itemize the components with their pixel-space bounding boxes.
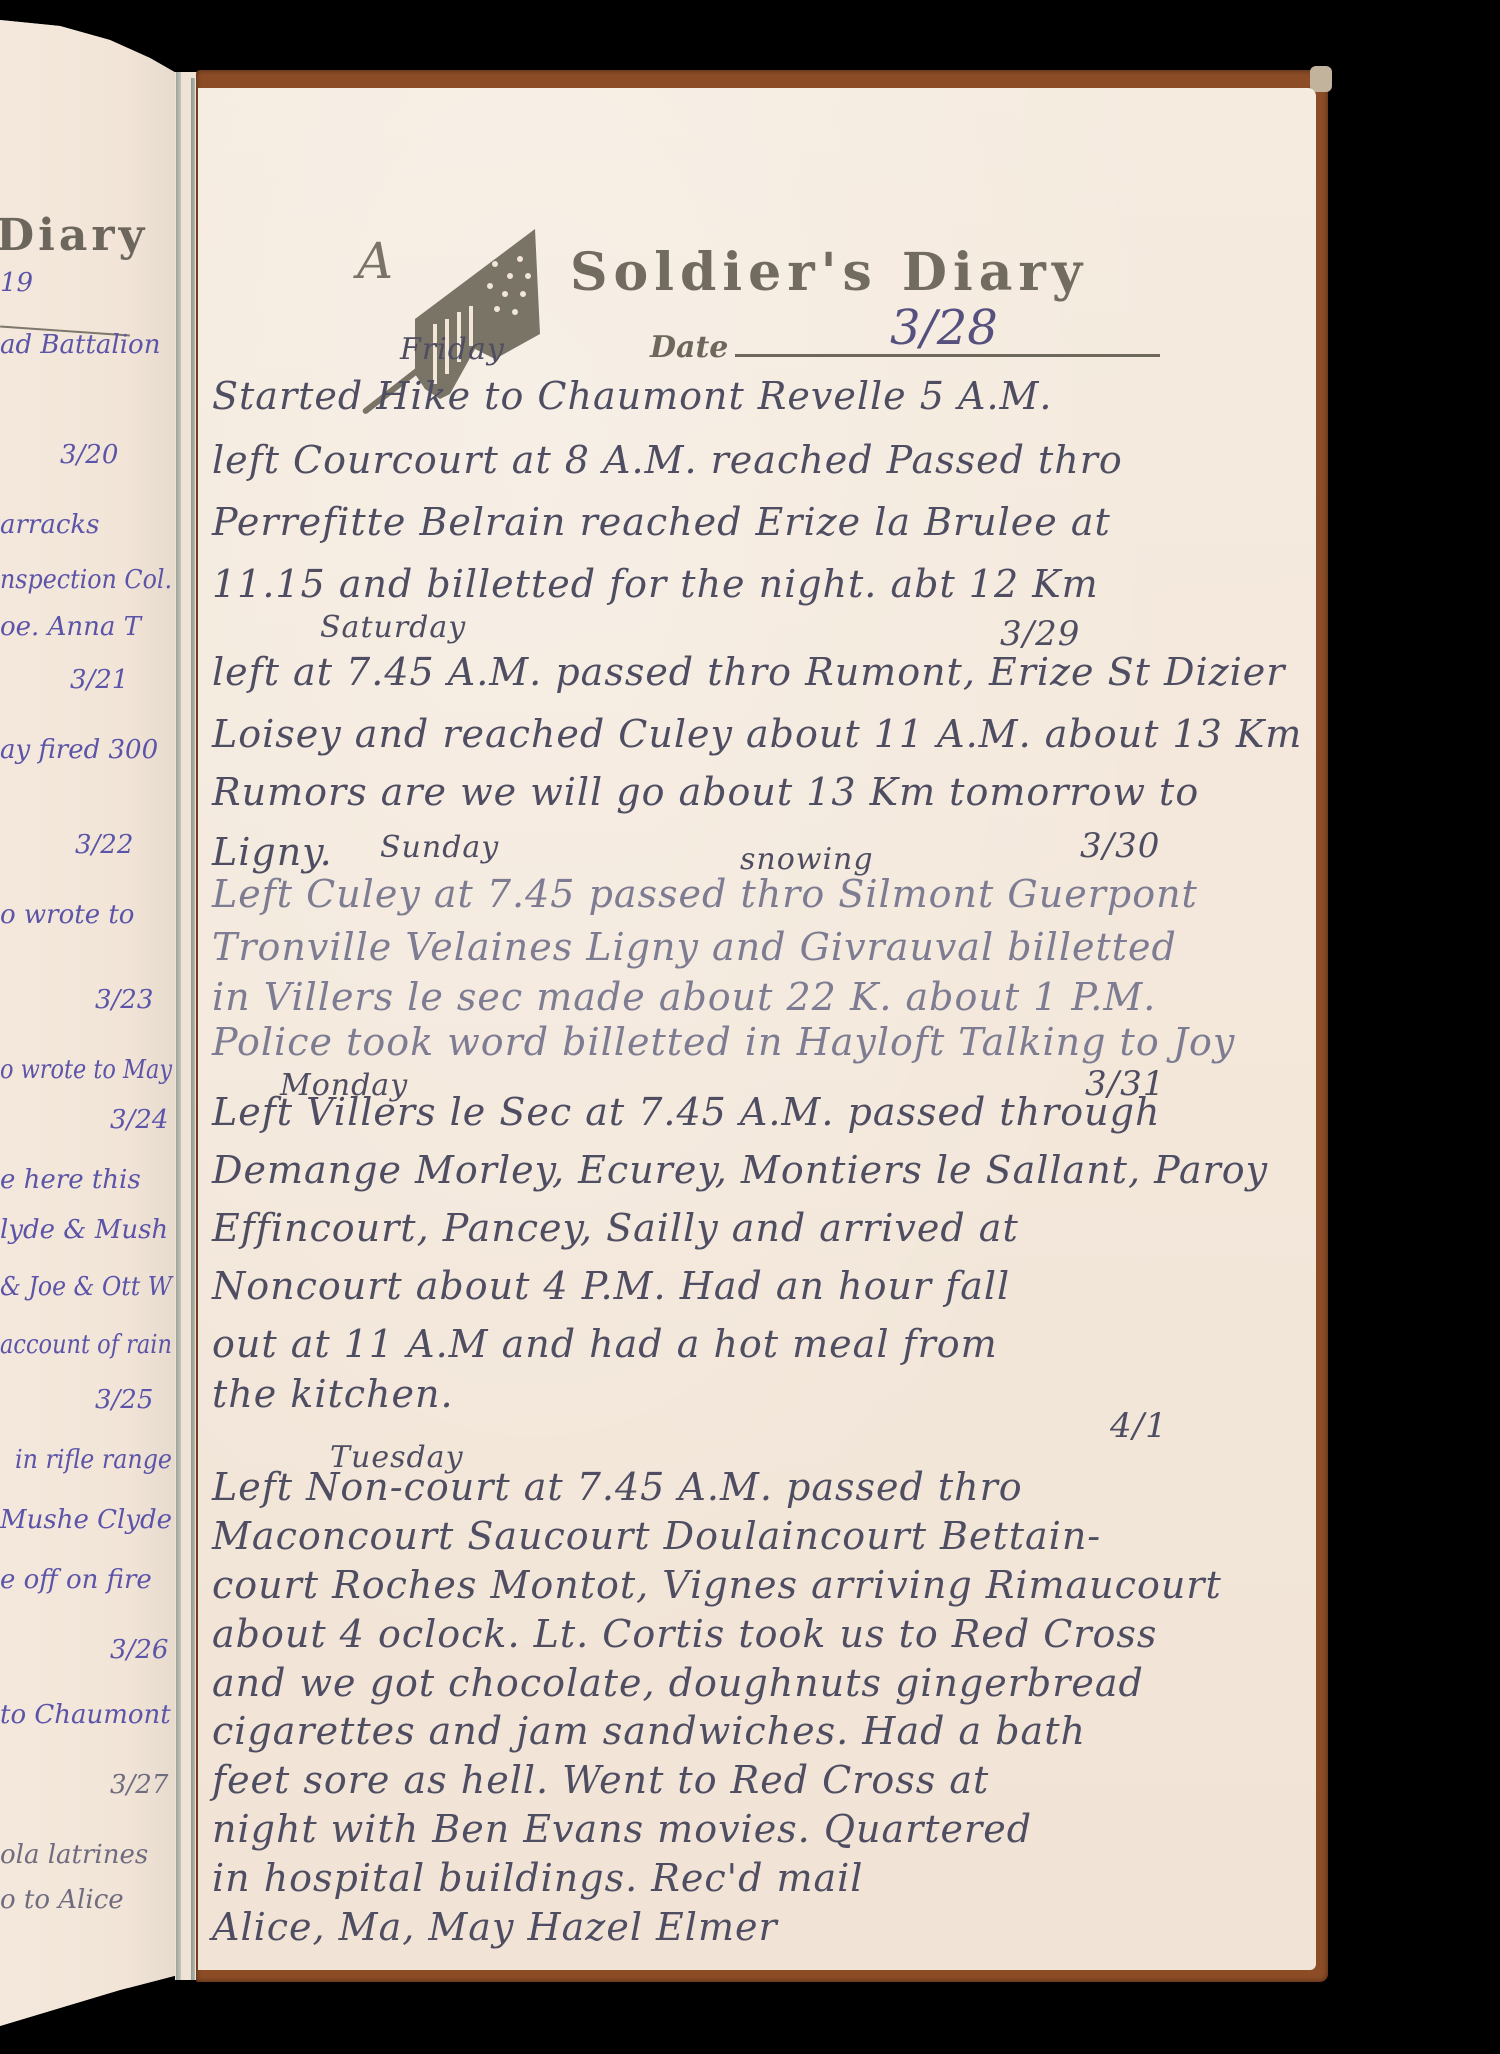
gutter-binding-line <box>176 72 181 1980</box>
entry-weekday: Sunday <box>380 830 499 865</box>
entry-line: Maconcourt Saucourt Doulaincourt Bettain… <box>212 1514 1101 1558</box>
entry-line: Alice, Ma, May Hazel Elmer <box>212 1905 778 1949</box>
entry-weekday: Saturday <box>320 610 466 645</box>
left-page-line: in rifle range <box>15 1445 172 1475</box>
header-article: A <box>357 232 393 290</box>
entry-line: in Villers le sec made about 22 K. about… <box>212 975 1156 1019</box>
entry-line: Left Villers le Sec at 7.45 A.M. passed … <box>212 1090 1160 1134</box>
entry-line: Loisey and reached Culey about 11 A.M. a… <box>212 712 1302 756</box>
entry-line: Noncourt about 4 P.M. Had an hour fall <box>212 1264 1010 1308</box>
left-facing-page: Diary 19ad Battalion3/20arracksnspection… <box>0 0 178 2054</box>
entry-line: Perrefitte Belrain reached Erize la Brul… <box>212 500 1111 544</box>
left-page-line: 3/25 <box>95 1385 153 1415</box>
entry-date: 4/1 <box>1110 1406 1168 1446</box>
left-page-line: Mushe Clyde <box>0 1505 172 1535</box>
entry-line: Ligny. <box>212 830 333 874</box>
entry-line: feet sore as hell. Went to Red Cross at <box>212 1758 989 1802</box>
left-page-line: e off on fire <box>0 1565 152 1595</box>
left-page-line: 3/24 <box>110 1105 168 1135</box>
entry-line: Left Culey at 7.45 passed thro Silmont G… <box>212 872 1198 916</box>
entry-line: court Roches Montot, Vignes arriving Rim… <box>212 1563 1222 1607</box>
entry-line: Effincourt, Pancey, Sailly and arrived a… <box>212 1206 1019 1250</box>
date-label: Date <box>650 330 728 365</box>
left-page-line: ola latrines <box>0 1840 148 1870</box>
left-page-line: e here this <box>0 1165 141 1195</box>
date-value: 3/28 <box>890 300 998 356</box>
left-page-line: 3/20 <box>60 440 118 470</box>
left-page-line: ay fired 300 <box>0 735 158 765</box>
left-page-line: 19 <box>0 268 33 298</box>
left-page-line: o to Alice <box>0 1885 124 1915</box>
entry-line: 11.15 and billetted for the night. abt 1… <box>212 562 1099 606</box>
header-title: Soldier's Diary <box>570 242 1088 303</box>
left-page-title-fragment: Diary <box>0 210 148 261</box>
entry-line: and we got chocolate, doughnuts gingerbr… <box>212 1661 1144 1705</box>
entry-line: the kitchen. <box>212 1372 454 1416</box>
entry-line: left at 7.45 A.M. passed thro Rumont, Er… <box>212 650 1285 694</box>
entry-line: Tronville Velaines Ligny and Givrauval b… <box>212 925 1177 969</box>
entry-line: Rumors are we will go about 13 Km tomorr… <box>212 770 1199 814</box>
left-page-line: 3/21 <box>70 665 128 695</box>
entry-date: 3/30 <box>1080 826 1160 866</box>
entry-line: Started Hike to Chaumont Revelle 5 A.M. <box>212 374 1053 418</box>
entry-line: out at 11 A.M and had a hot meal from <box>212 1322 998 1366</box>
left-page-line: 3/22 <box>75 830 133 860</box>
gutter-binding-line <box>191 78 195 1980</box>
entry-line: in hospital buildings. Rec'd mail <box>212 1856 863 1900</box>
left-page-line: 3/27 <box>110 1770 168 1800</box>
left-page-line: to Chaumont <box>0 1700 171 1730</box>
left-page-line: 3/23 <box>95 985 153 1015</box>
entry-weekday: Friday <box>400 332 505 367</box>
entry-line: Police took word billetted in Hayloft Ta… <box>212 1020 1235 1064</box>
left-page-line: arracks <box>0 510 100 540</box>
left-page-line: nspection Col. <box>0 565 172 595</box>
entry-line: about 4 oclock. Lt. Cortis took us to Re… <box>212 1612 1157 1656</box>
entry-line: Demange Morley, Ecurey, Montiers le Sall… <box>212 1148 1268 1192</box>
entry-line: night with Ben Evans movies. Quartered <box>212 1807 1032 1851</box>
entry-line: Left Non-court at 7.45 A.M. passed thro <box>212 1465 1023 1509</box>
entry-line: cigarettes and jam sandwiches. Had a bat… <box>212 1709 1086 1753</box>
left-page-line: & Joe & Ott W <box>0 1272 172 1302</box>
left-page-line: oe. Anna T <box>0 612 141 642</box>
left-page-line: o wrote to <box>0 900 134 930</box>
left-page-line: lyde & Mush <box>0 1215 168 1245</box>
entry-line: left Courcourt at 8 A.M. reached Passed … <box>212 438 1123 482</box>
left-page-line: 3/26 <box>110 1635 168 1665</box>
left-page-line: o wrote to May <box>0 1055 172 1085</box>
left-page-line: account of rain <box>0 1330 172 1360</box>
entry-date: 3/29 <box>1000 614 1080 654</box>
left-page-line: ad Battalion <box>0 330 160 360</box>
